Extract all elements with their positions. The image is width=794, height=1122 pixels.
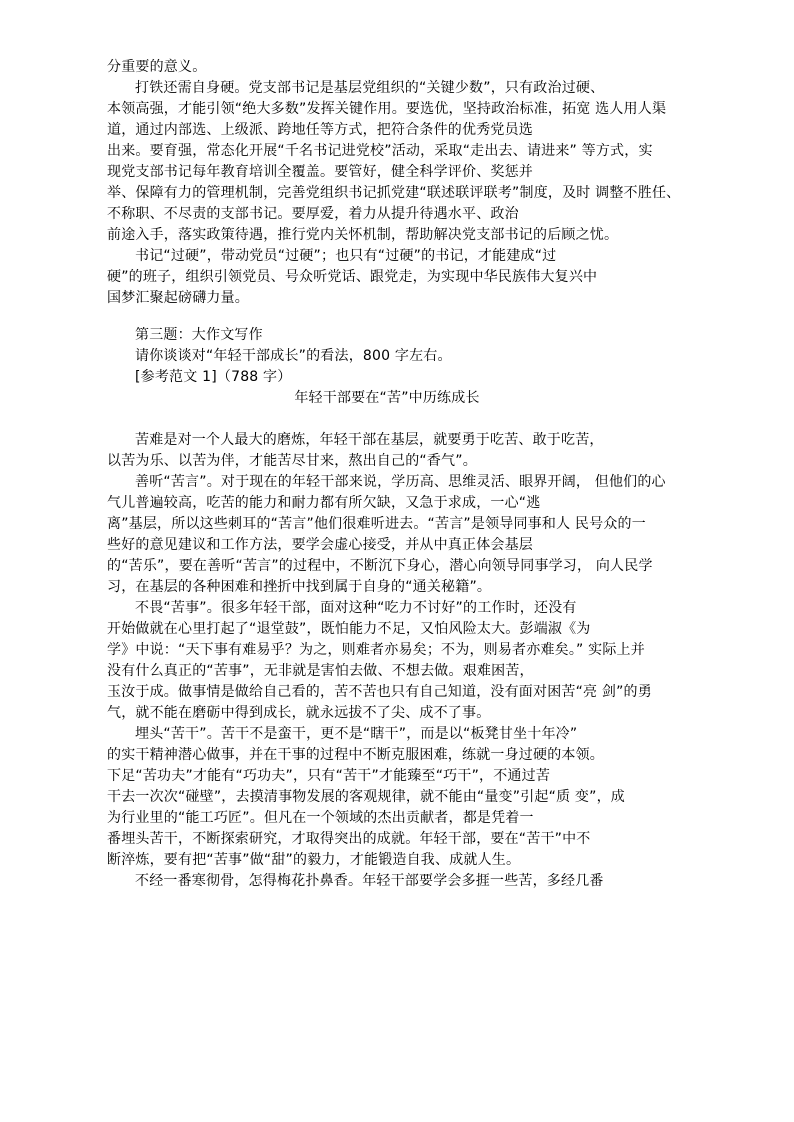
- blank-line: [107, 309, 667, 325]
- text-line: 干去一次次“碰壁”，去摸清事物发展的客观规律，就不能由“量变”引起“质 变”，成: [107, 787, 667, 808]
- text-line: 气儿普遍较高，吃苦的能力和耐力都有所欠缺，又急于求成，一心“逃: [107, 493, 667, 514]
- text-line: 学》中说：“天下事有难易乎？为之，则难者亦易矣；不为，则易者亦难矣。” 实际上并: [107, 640, 667, 661]
- text-line: 书记“过硬”，带动党员“过硬”；也只有“过硬”的书记，才能建成“过: [107, 246, 667, 267]
- text-line: 打铁还需自身硬。党支部书记是基层党组织的“关键少数”，只有政治过硬、: [107, 78, 667, 99]
- text-line: 出来。要育强，常态化开展“千名书记进党校”活动，采取“走出去、请进来” 等方式，…: [107, 141, 667, 162]
- text-line: 习，在基层的各种困难和挫折中找到属于自身的“通关秘籍”。: [107, 577, 667, 598]
- text-line: 硬”的班子，组织引领党员、号众听党话、跟党走，为实现中华民族伟大复兴中: [107, 267, 667, 288]
- text-line: 现党支部书记每年教育培训全覆盖。要管好，健全科学评价、奖惩并: [107, 162, 667, 183]
- text-line: 没有什么真正的“苦事”，无非就是害怕去做、不想去做。艰难困苦，: [107, 661, 667, 682]
- text-line: 的实干精神潜心做事，并在干事的过程中不断克服困难，练就一身过硬的本领。: [107, 745, 667, 766]
- text-line: 不称职、不尽责的支部书记。要厚爱，着力从提升待遇水平、政治: [107, 204, 667, 225]
- text-line: 前途入手，落实政策待遇，推行党内关怀机制，帮助解决党支部书记的后顾之忧。: [107, 225, 667, 246]
- text-line: 为行业里的“能工巧匠”。但凡在一个领域的杰出贡献者，都是凭着一: [107, 808, 667, 829]
- text-line: 玉汝于成。做事情是做给自己看的，苦不苦也只有自己知道，没有面对困苦“亮 剑”的勇: [107, 682, 667, 703]
- blank-line: [107, 409, 667, 430]
- text-line: 请你谈谈对“年轻干部成长”的看法，800 字左右。: [107, 346, 667, 367]
- text-line: 不经一番寒彻骨，怎得梅花扑鼻香。年轻干部要学会多捱一些苦，多经几番: [107, 871, 667, 892]
- text-line: 的“苦乐”，要在善听“苦言”的过程中，不断沉下身心，潜心向领导同事学习， 向人民…: [107, 556, 667, 577]
- essay-title: 年轻干部要在“苦”中历练成长: [107, 388, 667, 409]
- text-line: 气，就不能在磨砺中得到成长，就永远拔不了尖、成不了事。: [107, 703, 667, 724]
- text-line: [参考范文 1]（788 字）: [107, 367, 667, 388]
- text-line: 下足“苦功夫”才能有“巧功夫”，只有“苦干”才能臻至“巧干”，不通过苦: [107, 766, 667, 787]
- text-line: 善听“苦言”。对于现在的年轻干部来说，学历高、思维灵活、眼界开阔， 但他们的心: [107, 472, 667, 493]
- text-line: 番埋头苦干，不断探索研究，才取得突出的成就。年轻干部，要在“苦干”中不: [107, 829, 667, 850]
- text-line: 断淬炼，要有把“苦事”做“甜”的毅力，才能锻造自我、成就人生。: [107, 850, 667, 871]
- text-line: 第三题：大作文写作: [107, 325, 667, 346]
- text-line: 离”基层，所以这些刺耳的“苦言”他们很难听进去。“苦言”是领导同事和人 民号众的…: [107, 514, 667, 535]
- text-line: 开始做就在心里打起了“退堂鼓”，既怕能力不足，又怕风险太大。彭端淑《为: [107, 619, 667, 640]
- text-line: 苦难是对一个人最大的磨炼，年轻干部在基层，就要勇于吃苦、敢于吃苦，: [107, 430, 667, 451]
- document-text-block: 分重要的意义。打铁还需自身硬。党支部书记是基层党组织的“关键少数”，只有政治过硬…: [107, 57, 667, 892]
- text-line: 埋头“苦干”。苦干不是蛮干，更不是“瞎干”，而是以“板凳甘坐十年冷”: [107, 724, 667, 745]
- text-line: 不畏“苦事”。很多年轻干部，面对这种“吃力不讨好”的工作时，还没有: [107, 598, 667, 619]
- text-line: 些好的意见建议和工作方法，要学会虚心接受，并从中真正体会基层: [107, 535, 667, 556]
- text-line: 国梦汇聚起磅礴力量。: [107, 288, 667, 309]
- text-line: 道，通过内部选、上级派、跨地任等方式，把符合条件的优秀党员选: [107, 120, 667, 141]
- document-page: 分重要的意义。打铁还需自身硬。党支部书记是基层党组织的“关键少数”，只有政治过硬…: [0, 0, 794, 1122]
- text-line: 举、保障有力的管理机制，完善党组织书记抓党建“联述联评联考”制度，及时 调整不胜…: [107, 183, 667, 204]
- text-line: 以苦为乐、以苦为伴，才能苦尽甘来，熬出自己的“香气”。: [107, 451, 667, 472]
- text-line: 本领高强，才能引领“绝大多数”发挥关键作用。要选优，坚持政治标准，拓宽 选人用人…: [107, 99, 667, 120]
- text-line: 分重要的意义。: [107, 57, 667, 78]
